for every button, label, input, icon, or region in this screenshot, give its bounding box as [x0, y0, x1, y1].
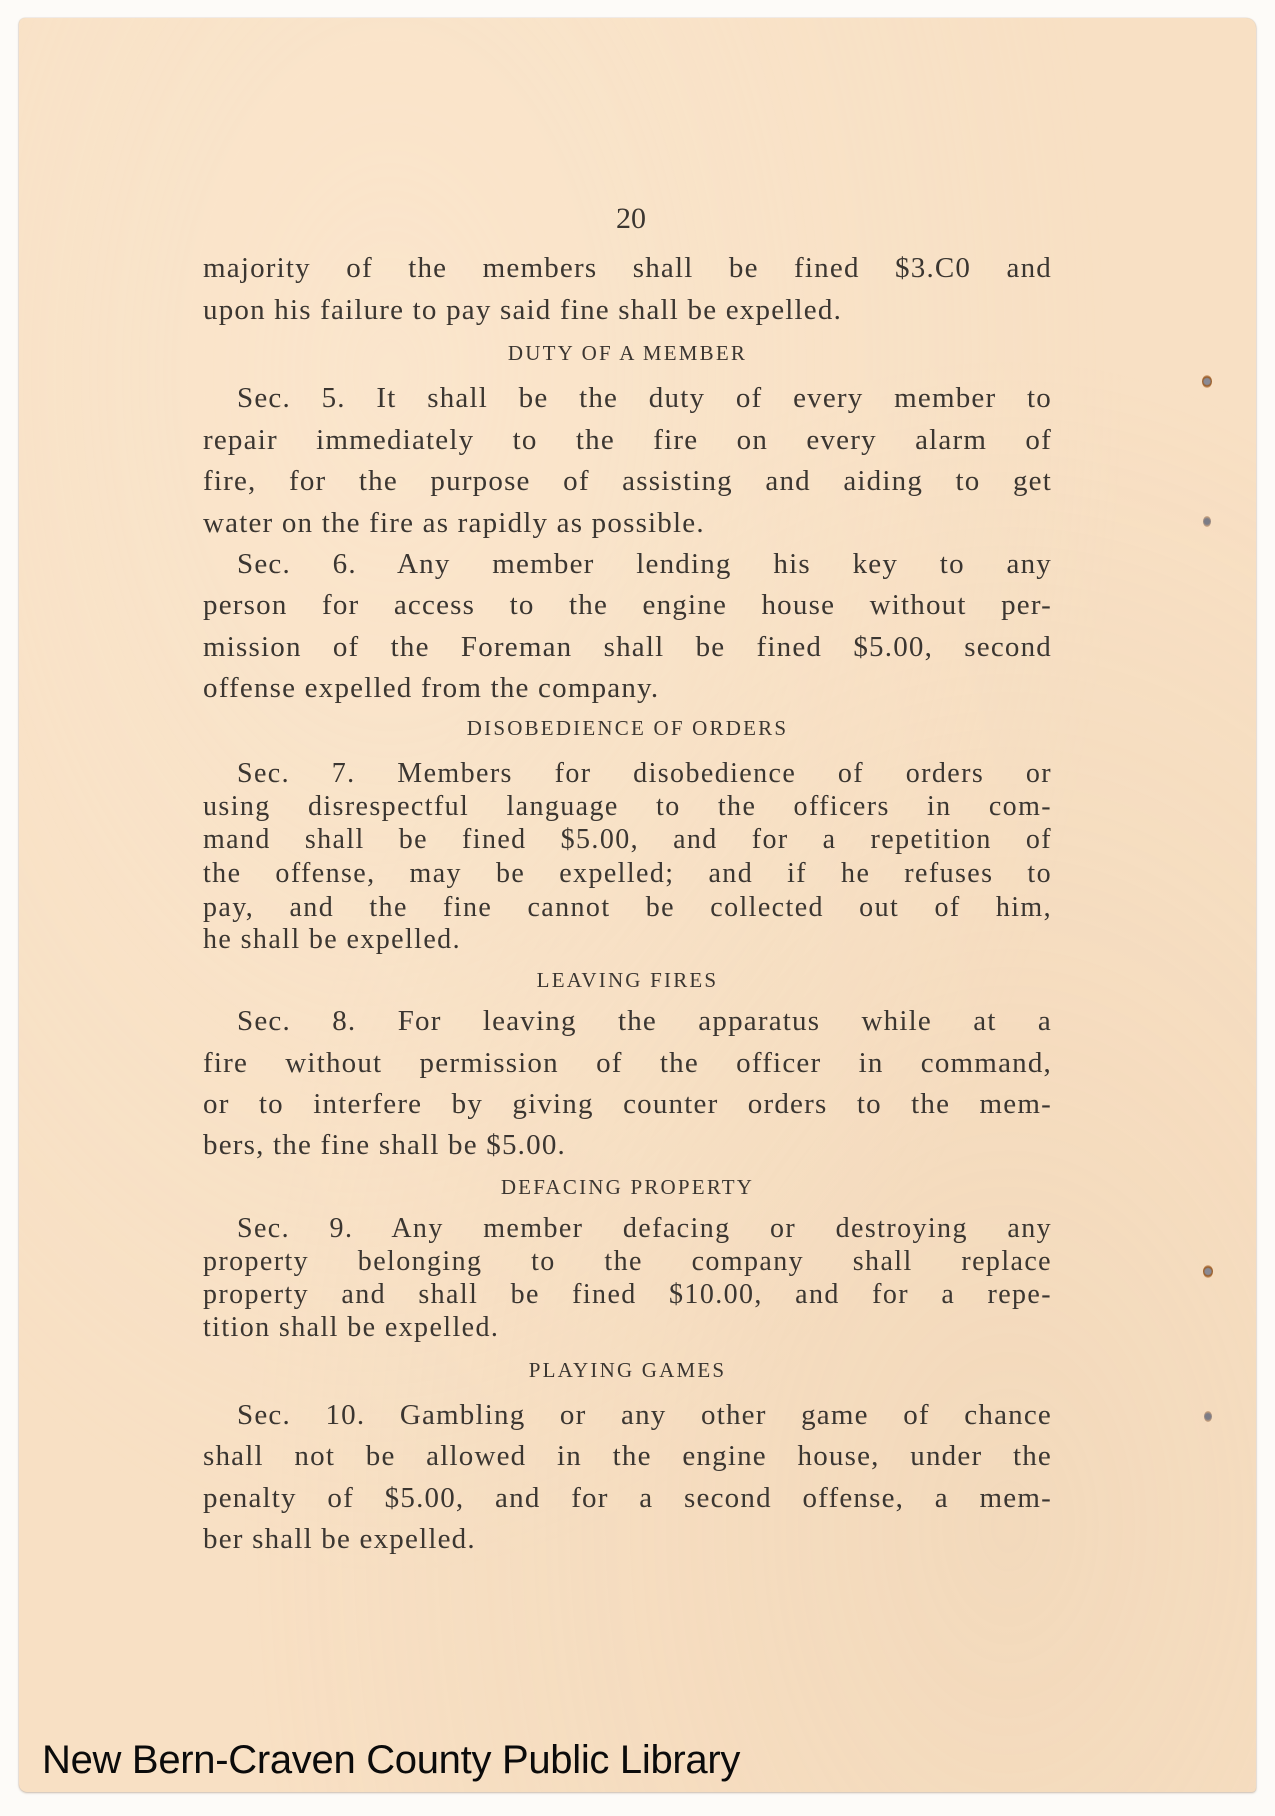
page-number: 20: [596, 204, 666, 234]
sec-9-line: tition shall be expelled.: [203, 1314, 1052, 1342]
section-heading-playing-games: PLAYING GAMES: [203, 1360, 1052, 1381]
section-heading-defacing: DEFACING PROPERTY: [203, 1177, 1052, 1198]
sec-10-line: shall not be allowed in the engine house…: [203, 1442, 1052, 1471]
sec-10-line: ber shall be expelled.: [203, 1525, 1052, 1554]
sec-7-line: Sec. 7. Members for disobedience of orde…: [237, 760, 1052, 788]
body-line: upon his failure to pay said fine shall …: [203, 296, 1052, 325]
sec-9-line: property belonging to the company shall …: [203, 1248, 1052, 1276]
sec-6-line: person for access to the engine house wi…: [203, 591, 1052, 620]
sec-7-line: pay, and the fine cannot be collected ou…: [203, 894, 1052, 922]
sec-7-line: mand shall be fined $5.00, and for a rep…: [203, 826, 1052, 854]
sec-6-line: offense expelled from the company.: [203, 674, 1052, 703]
sec-10-line: Sec. 10. Gambling or any other game of c…: [237, 1401, 1052, 1430]
sec-8-line: Sec. 8. For leaving the apparatus while …: [237, 1007, 1052, 1036]
sec-9-line: Sec. 9. Any member defacing or destroyin…: [237, 1215, 1052, 1243]
sec-6-line: mission of the Foreman shall be fined $5…: [203, 633, 1052, 662]
sec-8-line: fire without permission of the officer i…: [203, 1049, 1052, 1078]
sec-7-line: using disrespectful language to the offi…: [203, 793, 1052, 821]
sec-5-line: water on the fire as rapidly as possible…: [203, 509, 1052, 538]
library-watermark: New Bern-Craven County Public Library: [42, 1740, 740, 1780]
staple-hole: [1202, 375, 1212, 388]
sec-5-line: Sec. 5. It shall be the duty of every me…: [237, 384, 1052, 413]
sec-7-line: he shall be expelled.: [203, 926, 1052, 954]
section-heading-disobedience: DISOBEDIENCE OF ORDERS: [203, 718, 1052, 739]
sec-9-line: property and shall be fined $10.00, and …: [203, 1281, 1052, 1309]
sec-5-line: fire, for the purpose of assisting and a…: [203, 467, 1052, 496]
sec-6-line: Sec. 6. Any member lending his key to an…: [237, 550, 1052, 579]
sec-5-line: repair immediately to the fire on every …: [203, 426, 1052, 455]
section-heading-leaving-fires: LEAVING FIRES: [203, 970, 1052, 991]
staple-hole: [1203, 1265, 1213, 1278]
sec-7-line: the offense, may be expelled; and if he …: [203, 860, 1052, 888]
staple-hole: [1203, 516, 1211, 527]
section-heading-duty: DUTY OF A MEMBER: [203, 343, 1052, 364]
staple-hole: [1204, 1411, 1212, 1422]
sec-8-line: bers, the fine shall be $5.00.: [203, 1131, 1052, 1160]
sec-8-line: or to interfere by giving counter orders…: [203, 1090, 1052, 1119]
body-line: majority of the members shall be fined $…: [203, 254, 1052, 283]
sec-10-line: penalty of $5.00, and for a second offen…: [203, 1484, 1052, 1513]
